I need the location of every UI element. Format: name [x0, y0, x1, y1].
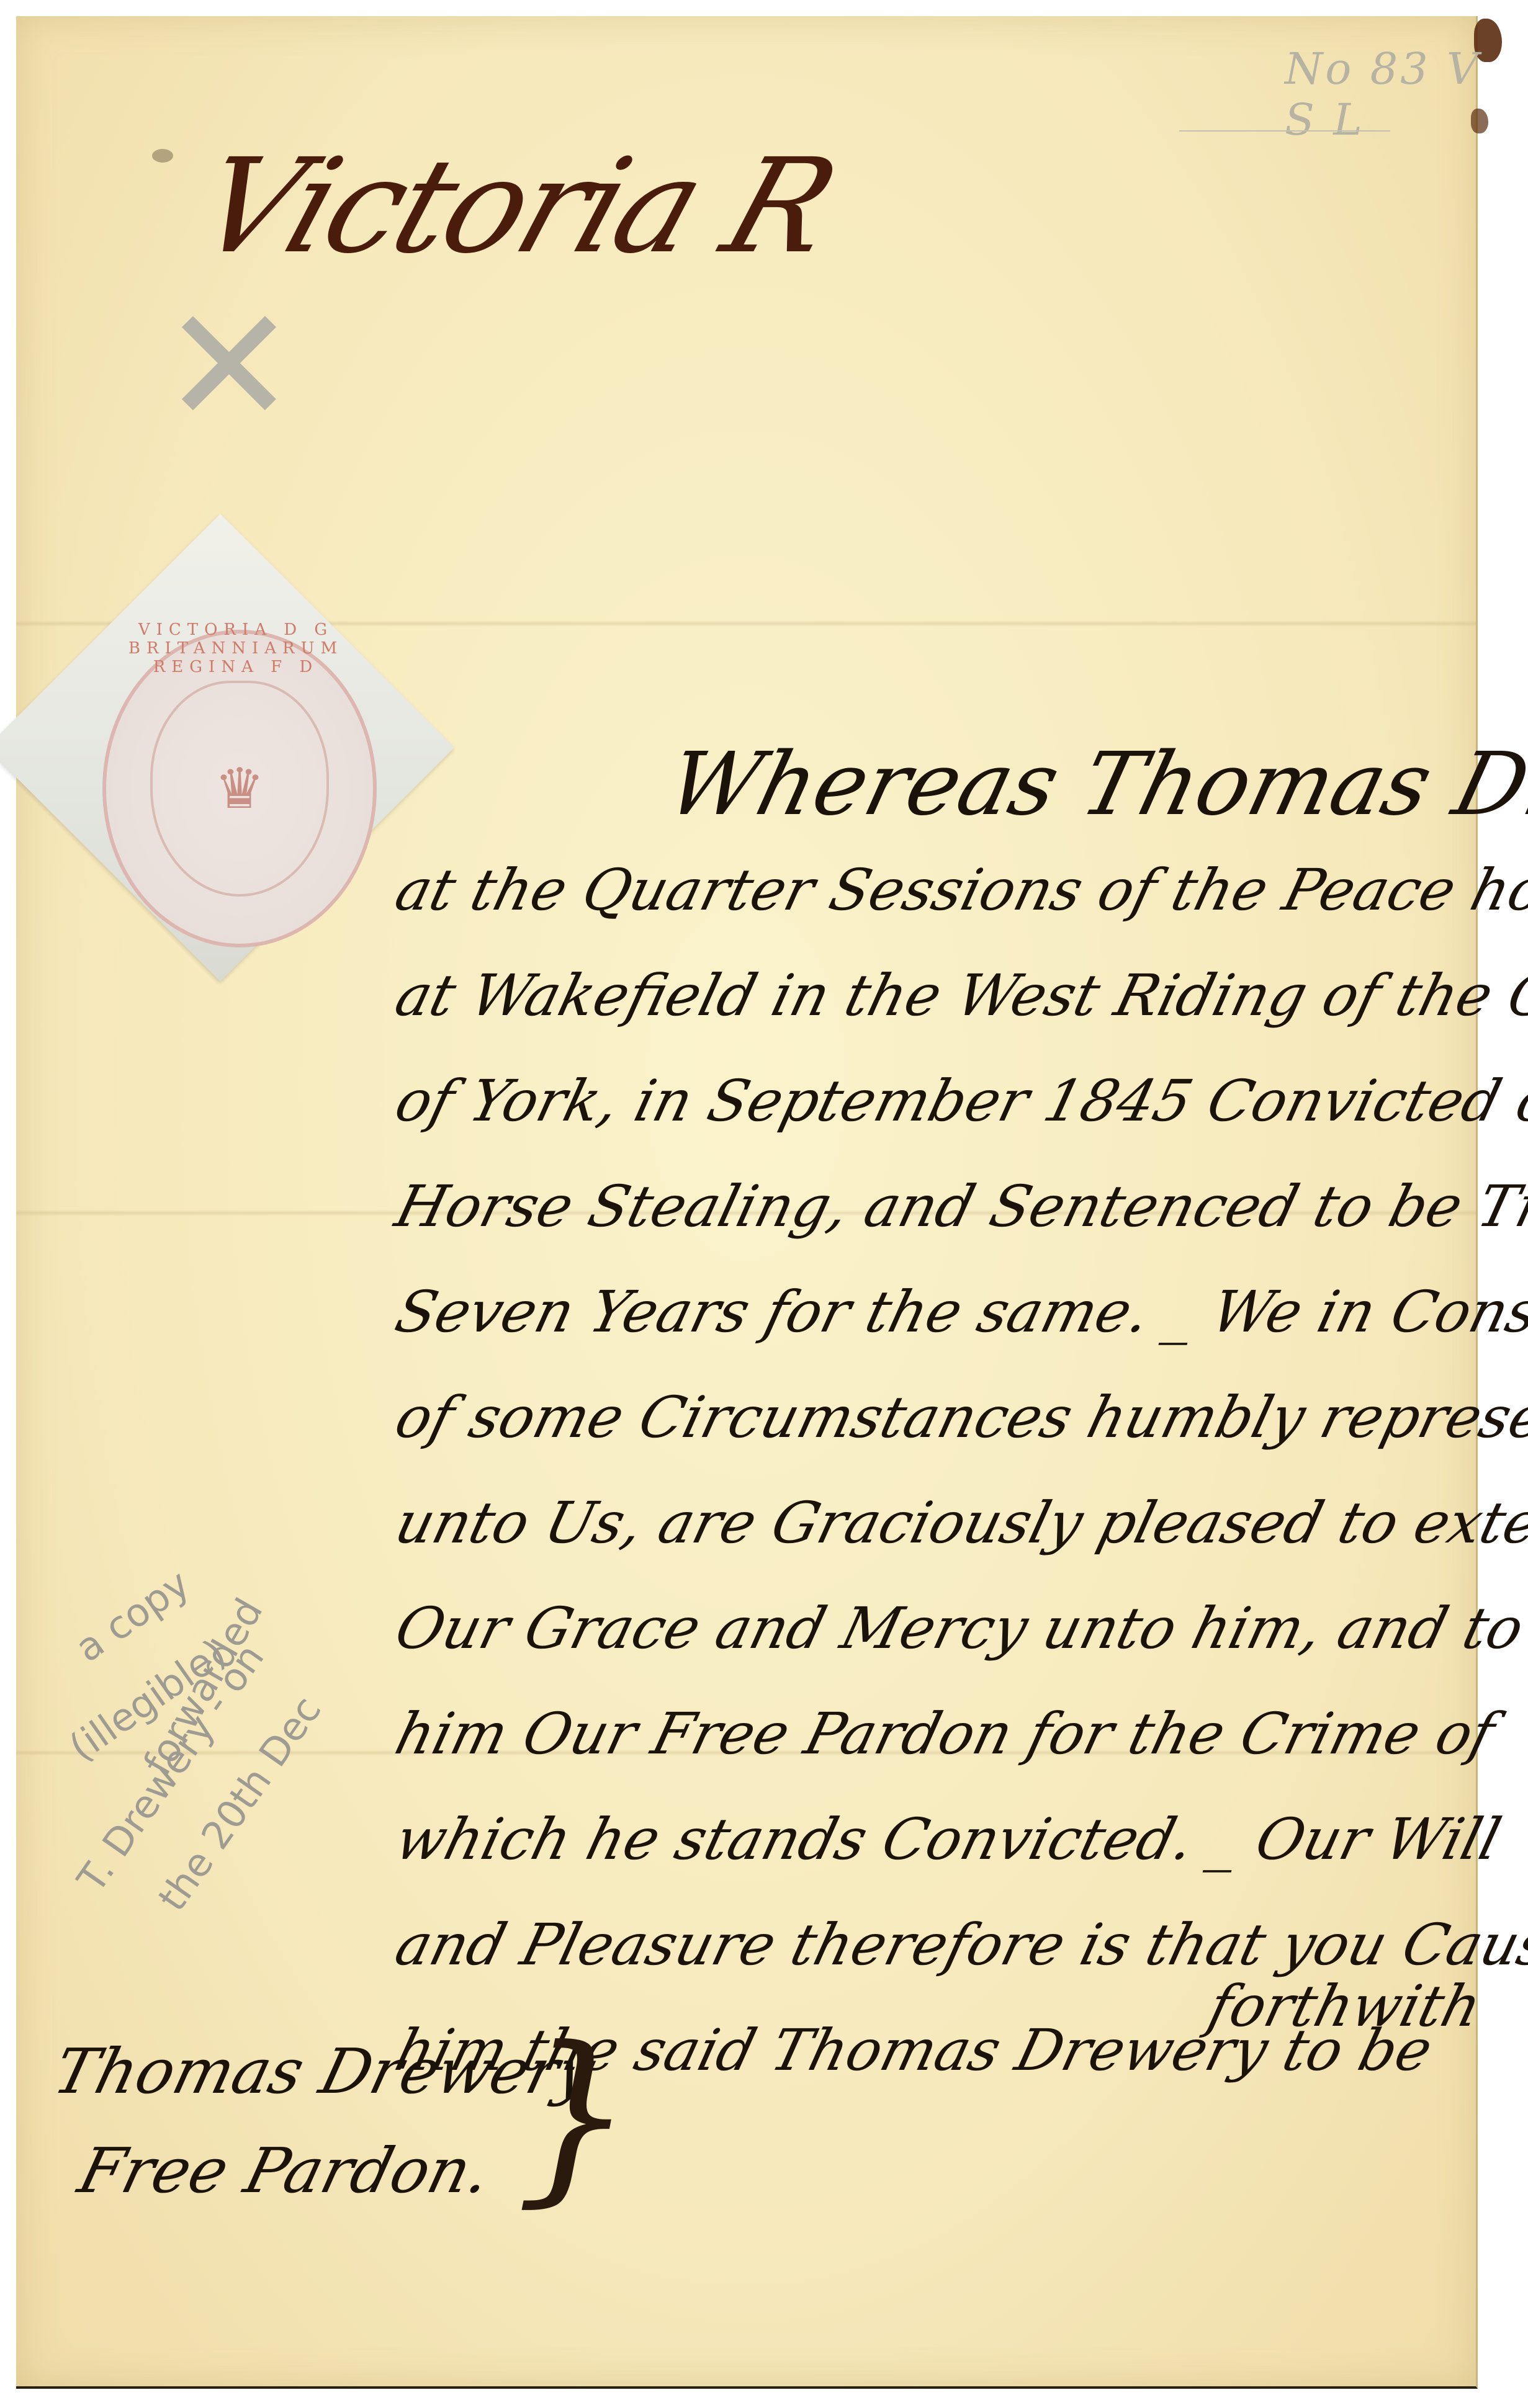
reference-underline	[1179, 130, 1390, 132]
royal-signature: Victoria R	[180, 130, 851, 282]
catchword: forthwith	[1202, 1973, 1488, 2039]
seal-legend: VICTORIA D G BRITANNIARUM REGINA F D	[102, 620, 369, 676]
body-line: unto Us, are Graciously pleased to exten…	[384, 1470, 1478, 1576]
body-line: at the Quarter Sessions of the Peace hol…	[384, 838, 1478, 943]
body-line: Horse Stealing, and Sentenced to be Tran…	[384, 1154, 1478, 1260]
body-line: Seven Years for the same. _ We in Consid…	[384, 1260, 1478, 1365]
body-line: at Wakefield in the West Riding of the C…	[384, 943, 1478, 1049]
body-line: Whereas Thomas Drewery was	[384, 732, 1478, 838]
body-line: which he stands Convicted. _ Our Will	[384, 1787, 1478, 1892]
crown-shield-icon: ♛	[150, 681, 329, 897]
embossed-seal: ♛	[102, 630, 377, 947]
docket-brace: }	[515, 2023, 634, 2209]
body-line: of some Circumstances humbly represented	[384, 1365, 1478, 1470]
body-line: Our Grace and Mercy unto him, and to Gra…	[384, 1576, 1478, 1681]
body-line: of York, in September 1845 Convicted of	[384, 1049, 1478, 1154]
body-line: him Our Free Pardon for the Crime of	[384, 1681, 1478, 1787]
pardon-body: Whereas Thomas Drewery was at the Quarte…	[397, 732, 1465, 2103]
docket-title: Free Pardon.	[71, 2134, 498, 2207]
pin-hole	[152, 149, 173, 163]
pencil-cross-mark: ✕	[161, 273, 297, 460]
